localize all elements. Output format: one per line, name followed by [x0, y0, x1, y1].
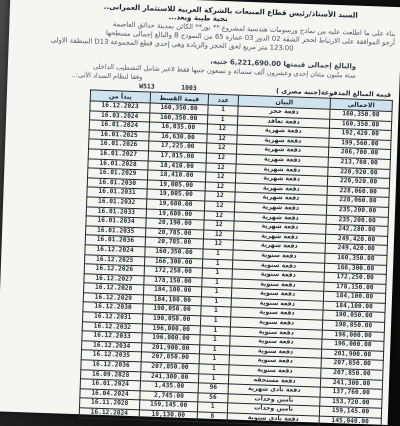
payment-schedule-table: يبدأ من قيمة القسط عدد البيان الاجمالى 1… [79, 89, 393, 426]
cell-count: 8 [197, 412, 227, 423]
document-page: السيد الأستاذ/رئيس قطاع المبيعات بالشركة… [0, 0, 400, 425]
scan-background: { "document": { "greeting_line1": "السيد… [0, 0, 400, 426]
document-content: السيد الأستاذ/رئيس قطاع المبيعات بالشركة… [32, 0, 397, 426]
cell-installment-value: 18,130.00 [139, 410, 197, 422]
payment-table-body: 16.12.2023 160,350.00 1 دفعة حجز 160,350… [79, 101, 392, 426]
cell-description: دفعة نادى سنوية [227, 413, 319, 426]
request-paragraph: بناء على ما اطلعت عليه من نماذج ورسومات … [45, 18, 396, 57]
cell-start-date: 16.12.2024 [79, 408, 139, 420]
code-w513: W513 [139, 82, 155, 91]
code-1003: 1003 [181, 84, 197, 93]
cell-total: 145,040.00 [319, 416, 381, 426]
